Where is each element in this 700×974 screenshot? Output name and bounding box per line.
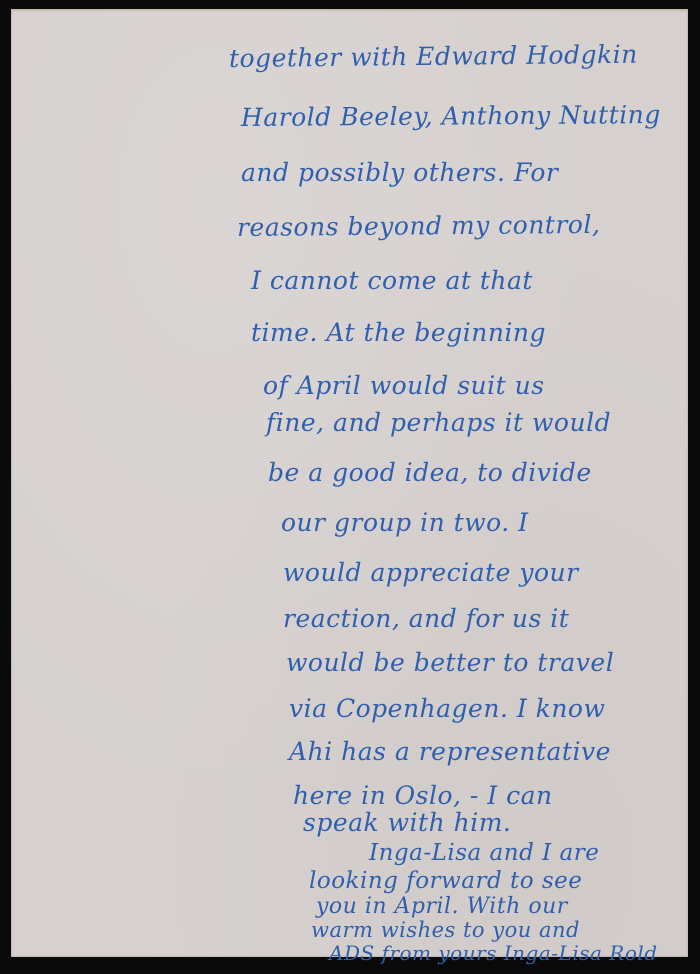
letter-line: ADS from yours Inga-Lisa Rold bbox=[329, 943, 658, 963]
letter-line: Ahi has a representative bbox=[289, 739, 611, 764]
letter-line: here in Oslo, - I can bbox=[293, 783, 553, 808]
letter-line: you in April. With our bbox=[316, 896, 568, 918]
letter-body: together with Edward Hodgkin Harold Beel… bbox=[11, 10, 688, 957]
letter-line: be a good idea, to divide bbox=[268, 460, 592, 485]
letter-line: time. At the beginning bbox=[251, 320, 546, 345]
letter-line: I cannot come at that bbox=[251, 268, 533, 293]
letter-line: our group in two. I bbox=[281, 510, 528, 535]
letter-line: would appreciate your bbox=[283, 560, 579, 585]
letter-line: of April would suit us bbox=[263, 373, 545, 398]
scan-backdrop: together with Edward Hodgkin Harold Beel… bbox=[0, 0, 700, 974]
letter-line: warm wishes to you and bbox=[311, 920, 580, 941]
letter-line: looking forward to see bbox=[309, 870, 582, 893]
letter-page: together with Edward Hodgkin Harold Beel… bbox=[11, 9, 688, 957]
letter-line: would be better to travel bbox=[286, 650, 614, 675]
letter-line: Harold Beeley, Anthony Nutting bbox=[241, 102, 661, 130]
letter-line: together with Edward Hodgkin bbox=[229, 42, 638, 71]
letter-line: reaction, and for us it bbox=[283, 606, 569, 631]
letter-line: speak with him. bbox=[303, 810, 511, 835]
letter-line: and possibly others. For bbox=[241, 160, 558, 185]
letter-line: Inga-Lisa and I are bbox=[369, 842, 599, 865]
letter-line: fine, and perhaps it would bbox=[266, 410, 611, 435]
letter-line: via Copenhagen. I know bbox=[289, 696, 605, 721]
letter-line: reasons beyond my control, bbox=[237, 212, 601, 240]
